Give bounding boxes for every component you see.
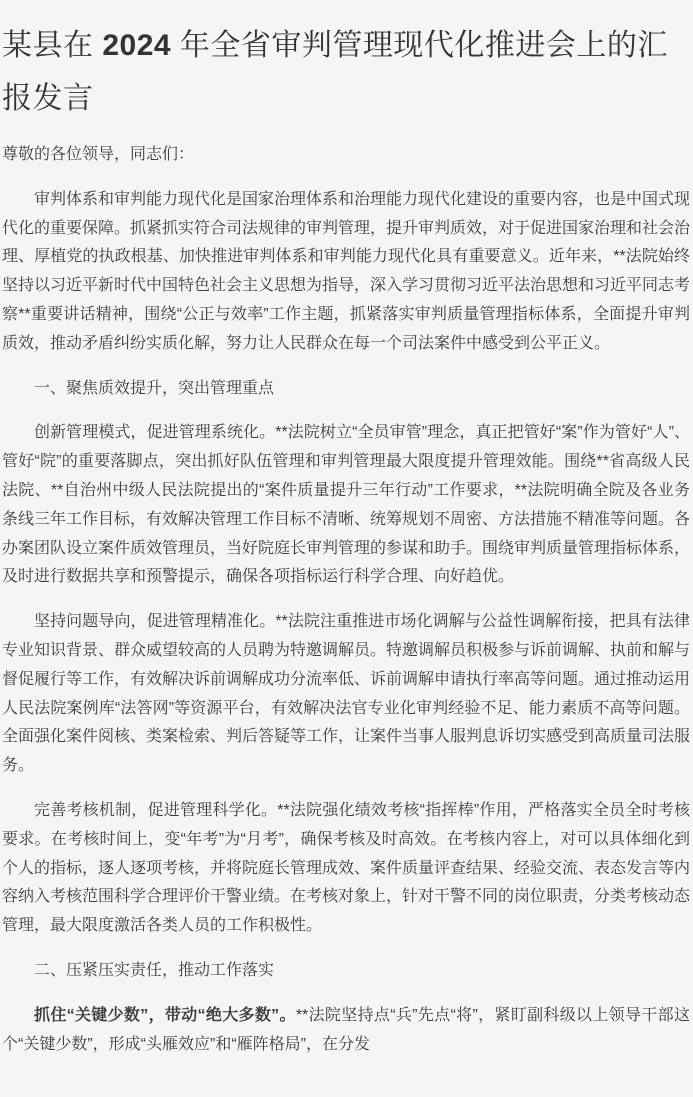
document-page: { "page": { "background": "#f5f5f5", "te… bbox=[0, 0, 693, 1097]
section-2-paragraph-1-lead: 抓住“关键少数”，带动“绝大多数”。 bbox=[34, 1007, 296, 1024]
intro-paragraph: 审判体系和审判能力现代化是国家治理体系和治理能力现代化建设的重要内容，也是中国式… bbox=[2, 186, 690, 359]
page-title: 某县在 2024 年全省审判管理现代化推进会上的汇报发言 bbox=[2, 20, 690, 125]
section-2-heading: 二、压紧压实责任，推动工作落实 bbox=[2, 957, 690, 986]
section-1-heading: 一、聚焦质效提升，突出管理重点 bbox=[2, 375, 690, 404]
page-title-year: 2024 bbox=[102, 29, 171, 62]
section-1-paragraph-3: 完善考核机制，促进管理科学化。**法院强化绩效考核“指挥棒”作用，严格落实全员全… bbox=[2, 797, 690, 941]
page-title-text-before-year: 某县在 bbox=[2, 29, 102, 62]
salutation: 尊敬的各位领导，同志们： bbox=[2, 141, 690, 170]
section-1-paragraph-1: 创新管理模式，促进管理系统化。**法院树立“全员审管”理念，真正把管好“案”作为… bbox=[2, 419, 690, 592]
section-1-paragraph-2: 坚持问题导向，促进管理精准化。**法院注重推进市场化调解与公益性调解衔接，把具有… bbox=[2, 608, 690, 781]
report-document: 某县在 2024 年全省审判管理现代化推进会上的汇报发言 尊敬的各位领导，同志们… bbox=[2, 20, 690, 1059]
section-2-paragraph-1: 抓住“关键少数”，带动“绝大多数”。**法院坚持点“兵”先点“将”，紧盯副科级以… bbox=[2, 1002, 690, 1060]
